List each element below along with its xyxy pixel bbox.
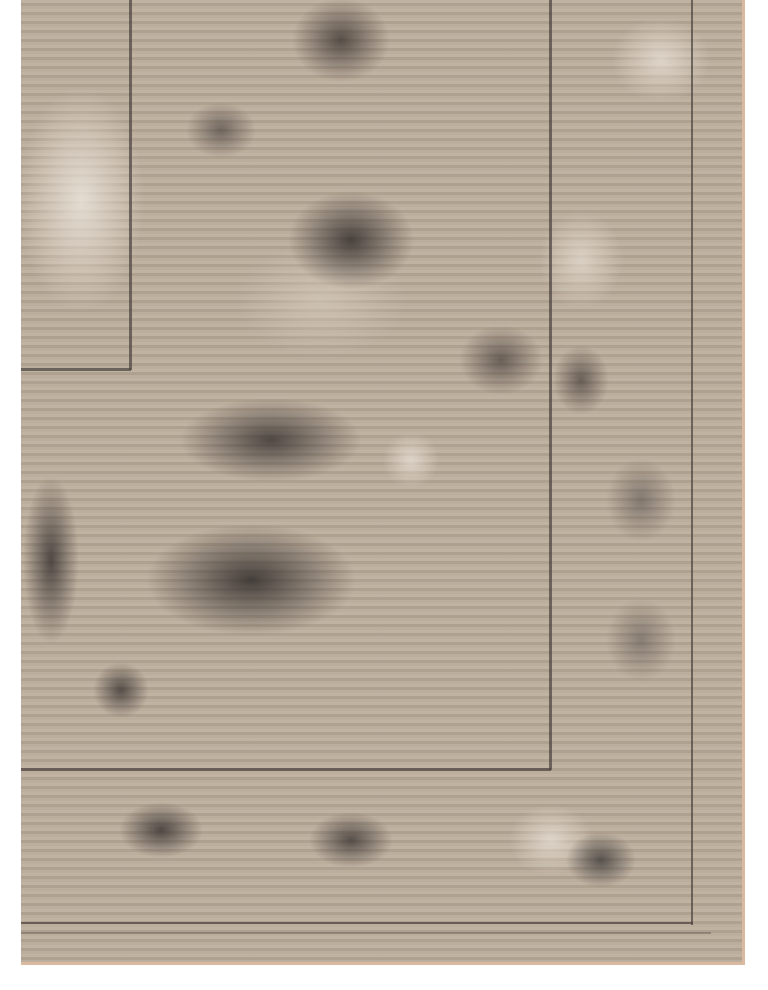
border-frame-line (21, 768, 551, 771)
outer-border-line (691, 0, 693, 925)
inner-frame-line (129, 0, 132, 370)
outer-border-line (21, 932, 711, 934)
border-frame-line (549, 0, 552, 770)
inner-frame-line (21, 368, 131, 371)
outer-border-line (21, 922, 693, 924)
rug-corner (21, 0, 745, 965)
